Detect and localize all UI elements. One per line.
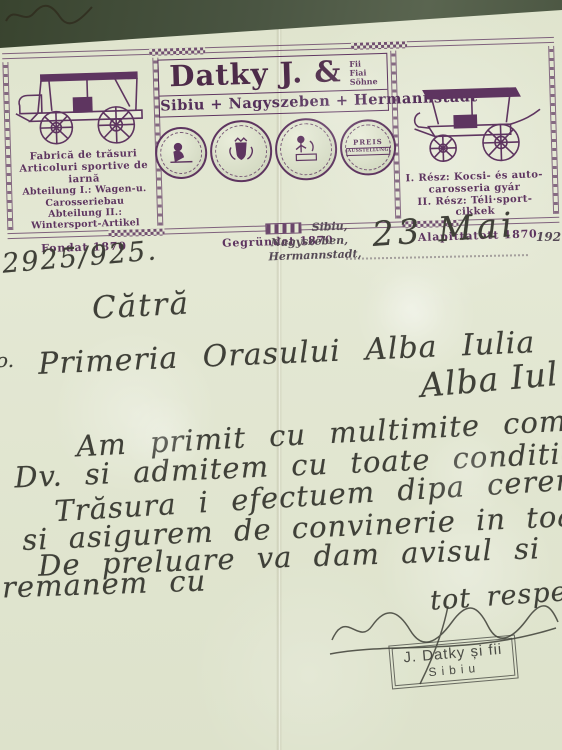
company-title: Datky J. & — [169, 56, 342, 92]
pen-scribble-icon — [4, 1, 96, 27]
salutation: Cătră — [91, 285, 191, 326]
preis-medal-icon: PREIS AUSSTELLUNG — [339, 118, 397, 176]
medal-ring — [159, 131, 202, 174]
left-column: Fabrică de trăsuri Articoluri sportive d… — [2, 56, 159, 233]
suffix-line: Söhne — [350, 77, 378, 87]
medallions-row: PREIS AUSSTELLUNG — [154, 115, 397, 184]
printed-year: 192 — [536, 230, 561, 244]
carriage-illustration-icon — [397, 75, 548, 171]
medal-ring — [344, 123, 391, 170]
medal-ring — [214, 124, 268, 178]
signature-icon — [328, 598, 562, 688]
automobile-illustration-icon — [11, 58, 154, 150]
body-line: remanem cu — [1, 563, 206, 604]
coat-of-arms-medal-icon — [209, 119, 273, 183]
medal-ring — [279, 122, 333, 176]
left-captions: Fabrică de trăsuri Articoluri sportive d… — [13, 148, 156, 232]
right-column: I. Rész: Kocsi- és auto-carosseria gyár … — [391, 44, 560, 221]
award-medal-icon — [154, 126, 208, 180]
letter-photo: Fabrică de trăsuri Articoluri sportive d… — [0, 0, 562, 750]
company-suffix: Fii Fiai Söhne — [349, 55, 378, 87]
center-column: Datky J. & Fii Fiai Söhne Sibiu + Nagysz… — [155, 49, 396, 228]
exhibition-medal-icon — [274, 117, 338, 181]
place-date-block: Sibiu, Nagyszeben, Hermannstadt, — [267, 220, 348, 264]
letterhead-columns: Fabrică de trăsuri Articoluri sportive d… — [2, 44, 559, 233]
place-line: Hermannstadt, — [268, 247, 348, 264]
margin-fragment: o. — [0, 348, 14, 372]
